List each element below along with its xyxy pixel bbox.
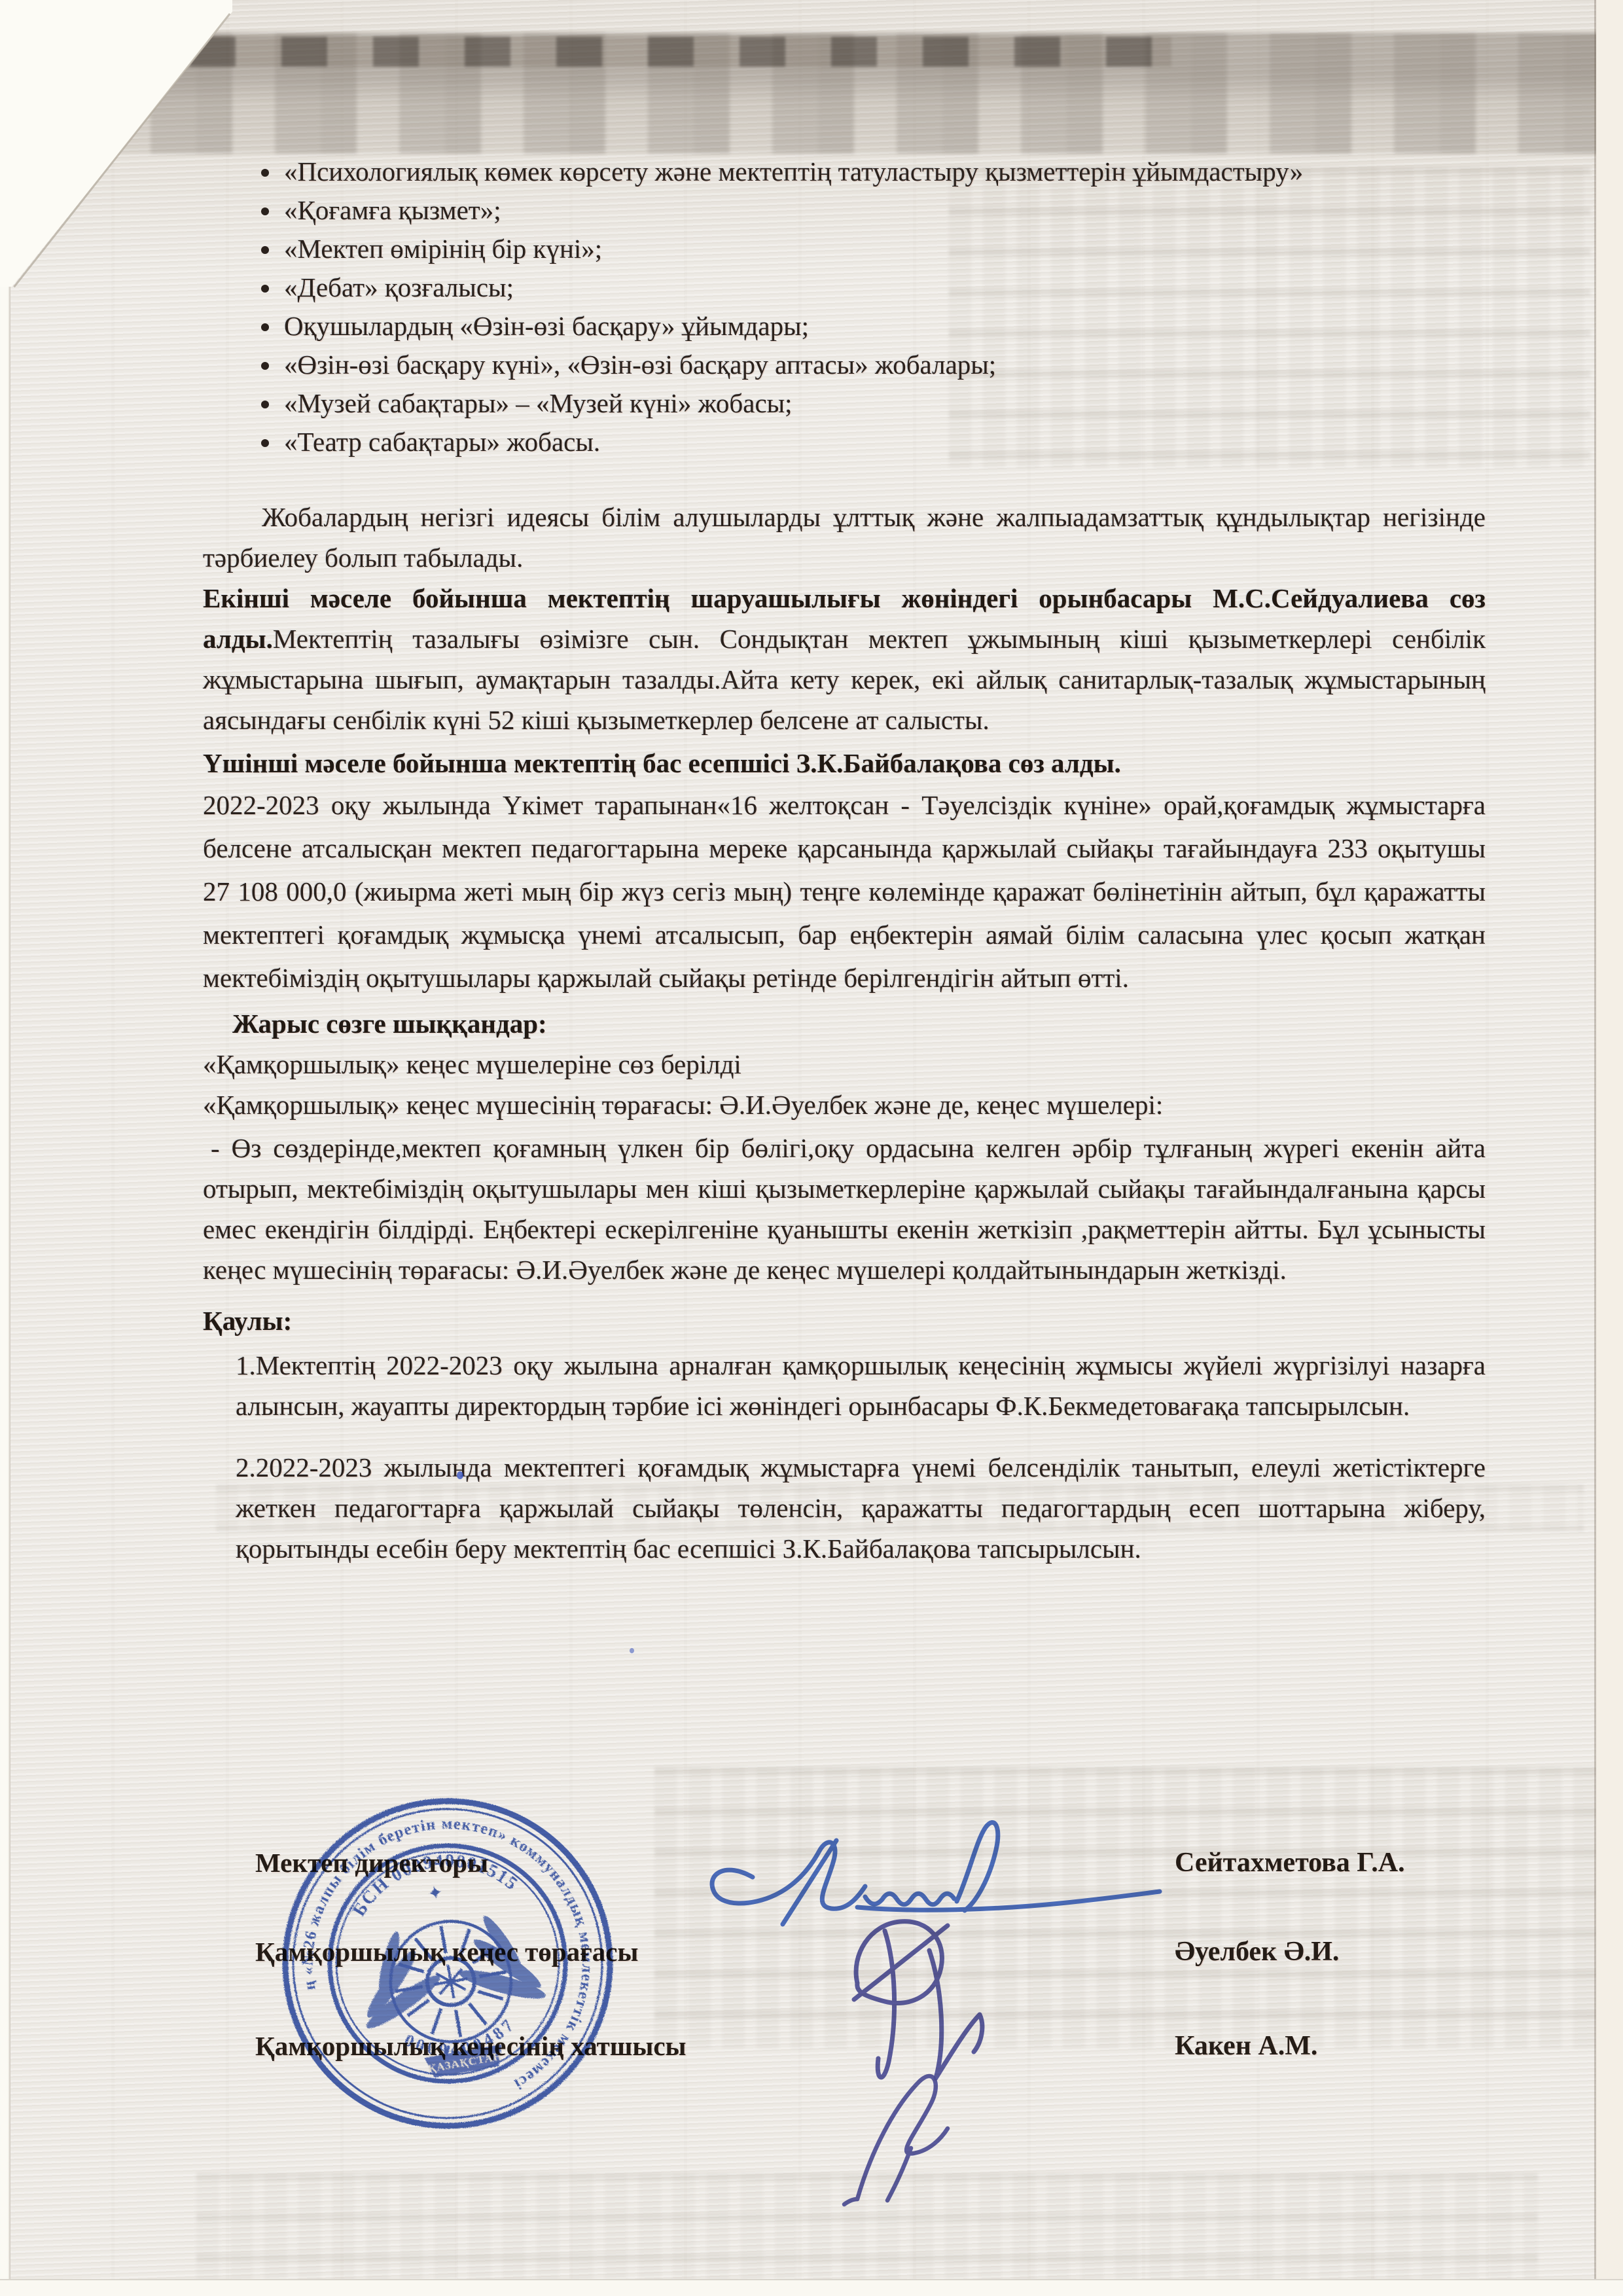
speakers-line-2: «Қамқоршылық» кеңес мүшесінің төрағасы: … — [203, 1085, 1486, 1125]
list-item: Оқушылардың «Өзін-өзі басқару» ұйымдары; — [281, 307, 1486, 346]
bullet-list: «Психологиялық көмек көрсету және мектеп… — [203, 152, 1486, 461]
list-item: «Мектеп өмірінің бір күні»; — [281, 230, 1486, 268]
third-issue-heading: Үшінші мәселе бойынша мектептің бас есеп… — [203, 743, 1486, 783]
page-right-edge — [1594, 0, 1623, 2296]
scanner-dark-streak — [98, 37, 1171, 67]
speakers-statement: - Өз сөздерінде,мектеп қоғамның үлкен бі… — [203, 1128, 1486, 1290]
decision-heading: Қаулы: — [203, 1300, 1486, 1341]
speakers-line-1: «Қамқоршылық» кеңес мүшелеріне сөз беріл… — [203, 1044, 1486, 1085]
list-item: «Театр сабақтары» жобасы. — [281, 423, 1486, 461]
signature-secretary — [844, 2076, 948, 2204]
list-item: «Психологиялық көмек көрсету және мектеп… — [281, 152, 1486, 191]
scanned-page: «Психологиялық көмек көрсету және мектеп… — [0, 0, 1623, 2296]
document-body: «Психологиялық көмек көрсету және мектеп… — [203, 0, 1486, 1569]
signature-director — [712, 1822, 1160, 1924]
list-item: «Өзін-өзі басқару күні», «Өзін-өзі басқа… — [281, 346, 1486, 384]
paragraph-main-idea: Жобалардың негізгі идеясы білім алушылар… — [203, 497, 1486, 578]
paragraph-third-issue: 2022-2023 оқу жылында Үкімет тарапынан«1… — [203, 783, 1486, 999]
star-icon: ✦ — [426, 1882, 444, 1905]
handwritten-signatures — [654, 1767, 1243, 2238]
page-left-edge — [0, 0, 10, 2296]
speakers-heading: Жарыс сөзге шыққандар: — [232, 1003, 1486, 1044]
list-item: «Дебат» қозғалысы; — [281, 268, 1486, 307]
official-stamp: білім басқармасының «№26 жалпы білім бер… — [241, 1757, 654, 2170]
page-bottom-edge — [0, 2279, 1623, 2296]
ink-speck — [457, 1471, 463, 1479]
decision-item-1: 1.Мектептің 2022-2023 оқу жылына арналға… — [236, 1345, 1486, 1426]
signature-chair — [854, 1922, 982, 2078]
list-item: «Қоғамға қызмет»; — [281, 191, 1486, 230]
second-issue-body: Мектептің тазалығы өзімізге сын. Сондықт… — [203, 624, 1486, 735]
paragraph-second-issue: Екінші мәселе бойынша мектептің шаруашыл… — [203, 578, 1486, 740]
stamp-graphics: білім басқармасының «№26 жалпы білім бер… — [241, 1757, 635, 2155]
list-item: «Музей сабақтары» – «Музей күні» жобасы; — [281, 384, 1486, 423]
decision-item-2: 2.2022-2023 жылында мектептегі қоғамдық … — [236, 1447, 1486, 1569]
ink-speck — [630, 1648, 634, 1653]
